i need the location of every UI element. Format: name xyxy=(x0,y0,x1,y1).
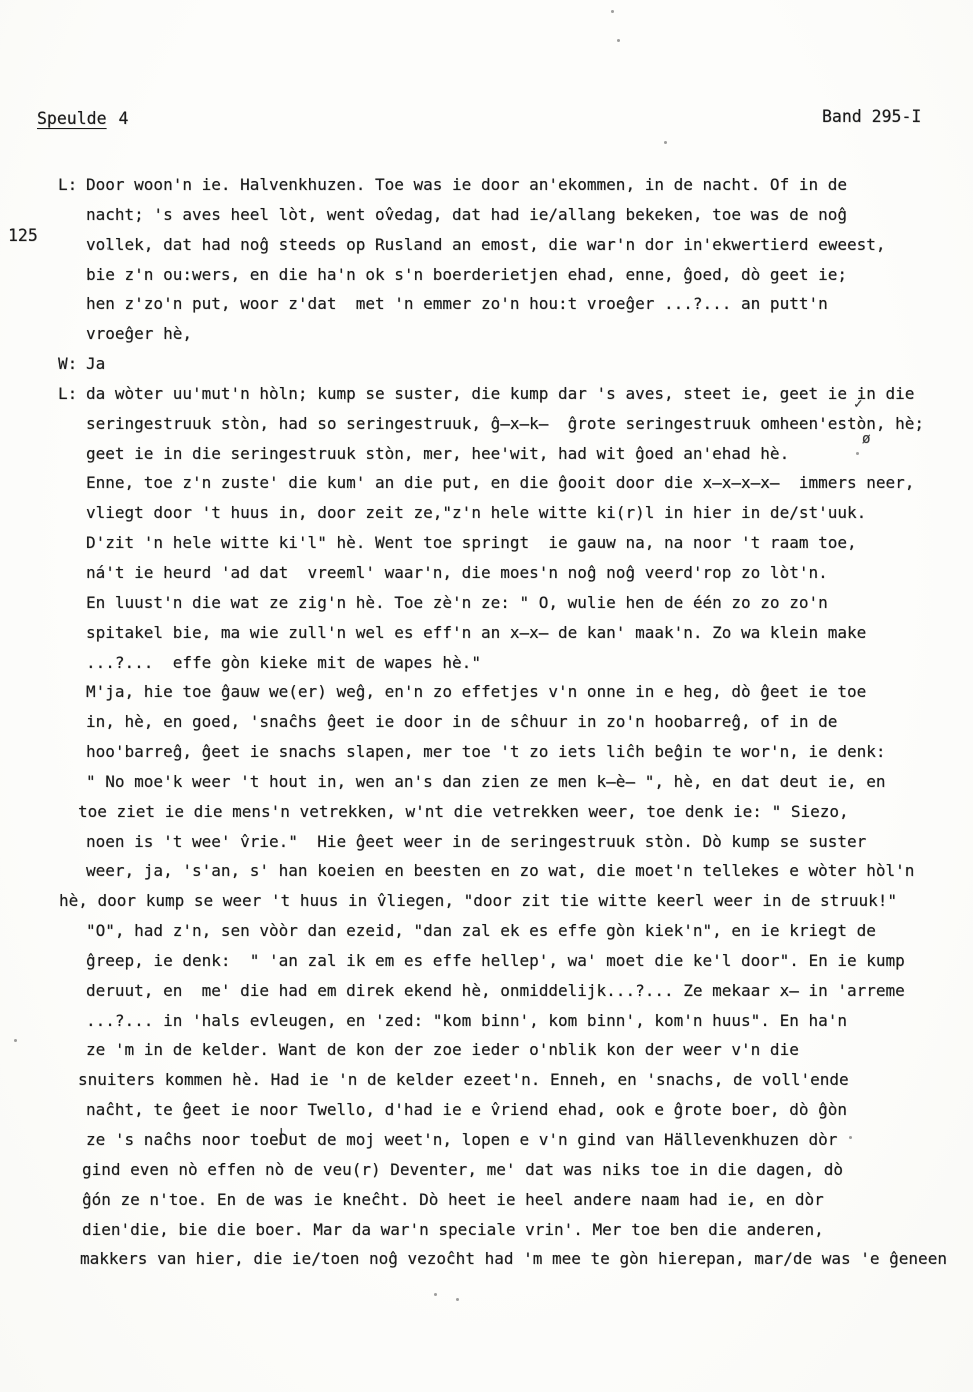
transcript-line: ...?... in 'hals evleugen, en 'zed: "kom… xyxy=(0,1006,973,1036)
line-text: hè, door kump se weer 't huus in v̂liege… xyxy=(59,886,897,916)
transcript-line: " No moe'k weer 't hout in, wen an's dan… xyxy=(0,767,973,797)
transcript-line: hè, door kump se weer 't huus in v̂liege… xyxy=(0,886,973,916)
line-text: ...?... effe gòn kieke mit de wapes hè." xyxy=(86,648,481,678)
line-text: Enne, toe z'n zuste' die kum' an die put… xyxy=(86,468,914,498)
ink-speck xyxy=(617,39,620,42)
transcript-line: naĉht, te ĝeet ie noor Twello, d'had ie … xyxy=(0,1095,973,1125)
line-text: vroeĝer hè, xyxy=(86,319,192,349)
ink-speck xyxy=(14,1039,17,1042)
transcript-line: deruut, en me' die had em direk ekend hè… xyxy=(0,976,973,1006)
line-text: ĝreep, ie denk: " 'an zal ik em es effe … xyxy=(86,946,905,976)
line-text: Ja xyxy=(86,349,105,379)
pen-annotation: | xyxy=(277,1128,285,1142)
transcript-line: vollek, dat had noĝ steeds op Rusland an… xyxy=(0,230,973,260)
line-text: M'ja, hie toe ĝauw we(er) weĝ, en'n zo e… xyxy=(86,677,866,707)
ink-speck xyxy=(456,1298,459,1301)
transcript-line: bie z'n ou:wers, en die ha'n ok s'n boer… xyxy=(0,260,973,290)
line-text: Door woon'n ie. Halvenkhuzen. Toe was ie… xyxy=(86,170,847,200)
transcript-line: toe ziet ie die mens'n vetrekken, w'nt d… xyxy=(0,797,973,827)
ink-speck xyxy=(849,1136,852,1139)
transcript-line: dien'die, bie die boer. Mar da war'n spe… xyxy=(0,1215,973,1245)
line-text: noen is 't wee' v̂rie." Hie ĝeet weer in… xyxy=(86,827,866,857)
transcript-line: M'ja, hie toe ĝauw we(er) weĝ, en'n zo e… xyxy=(0,677,973,707)
line-text: "O", had z'n, sen vòòr dan ezeid, "dan z… xyxy=(86,916,876,946)
transcript-line: ze 's naĉhs noor toeDut de moj weet'n, l… xyxy=(0,1125,973,1155)
document-title: Speulde xyxy=(37,109,107,128)
transcript-line: weer, ja, 's'an, s' han koeien en beeste… xyxy=(0,856,973,886)
line-text: deruut, en me' die had em direk ekend hè… xyxy=(86,976,905,1006)
line-text: nacht; 's aves heel lòt, went ov̂edag, d… xyxy=(86,200,847,230)
transcript-line: ...?... effe gòn kieke mit de wapes hè." xyxy=(0,648,973,678)
line-text: naĉht, te ĝeet ie noor Twello, d'had ie … xyxy=(86,1095,847,1125)
transcript-line: En luust'n die wat ze zig'n hè. Toe zè'n… xyxy=(0,588,973,618)
line-text: vollek, dat had noĝ steeds op Rusland an… xyxy=(86,230,886,260)
ink-speck xyxy=(107,247,110,250)
transcript-line: gind even nò effen nò de veu(r) Deventer… xyxy=(0,1155,973,1185)
ink-speck xyxy=(611,10,614,13)
transcript-line: vroeĝer hè, xyxy=(0,319,973,349)
line-text: ná't ie heurd 'ad dat vreeml' waar'n, di… xyxy=(86,558,828,588)
speaker-label: W: xyxy=(58,349,77,379)
transcript-line: spitakel bie, ma wie zull'n wel es eff'n… xyxy=(0,618,973,648)
pen-annotation: ø xyxy=(862,432,870,446)
transcript-line: ze 'm in de kelder. Want de kon der zoe … xyxy=(0,1035,973,1065)
document-page: Speulde4 Band 295-I 125 L:Door woon'n ie… xyxy=(0,0,973,1392)
transcript: L:Door woon'n ie. Halvenkhuzen. Toe was … xyxy=(0,170,973,1274)
line-text: dien'die, bie die boer. Mar da war'n spe… xyxy=(82,1215,824,1245)
transcript-line: seringestruuk stòn, had so seringestruuk… xyxy=(0,409,973,439)
line-text: seringestruuk stòn, had so seringestruuk… xyxy=(86,409,924,439)
line-text: da wòter uu'mut'n hòln; kump se suster, … xyxy=(86,379,914,409)
line-text: En luust'n die wat ze zig'n hè. Toe zè'n… xyxy=(86,588,828,618)
transcript-line: vliegt door 't huus in, door zeit ze,"z'… xyxy=(0,498,973,528)
line-text: hen z'zo'n put, woor z'dat met 'n emmer … xyxy=(86,289,828,319)
line-text: hoo'barreĝ, ĝeet ie snachs slapen, mer t… xyxy=(86,737,886,767)
line-text: spitakel bie, ma wie zull'n wel es eff'n… xyxy=(86,618,866,648)
pen-annotation: ✓ xyxy=(854,397,862,411)
band-label: Band 295-I xyxy=(822,105,921,129)
transcript-line: ĝreep, ie denk: " 'an zal ik em es effe … xyxy=(0,946,973,976)
page-header-left: Speulde4 xyxy=(37,107,128,131)
transcript-line: noen is 't wee' v̂rie." Hie ĝeet weer in… xyxy=(0,827,973,857)
transcript-line: makkers van hier, die ie/toen noĝ vezoĉh… xyxy=(0,1244,973,1274)
transcript-line: L:da wòter uu'mut'n hòln; kump se suster… xyxy=(0,379,973,409)
line-text: ĝón ze n'toe. En de was ie kneĉht. Dò he… xyxy=(82,1185,824,1215)
line-text: " No moe'k weer 't hout in, wen an's dan… xyxy=(86,767,886,797)
line-text: ze 'm in de kelder. Want de kon der zoe … xyxy=(86,1035,799,1065)
line-text: ze 's naĉhs noor toeDut de moj weet'n, l… xyxy=(86,1125,837,1155)
speaker-label: L: xyxy=(58,170,77,200)
line-text: vliegt door 't huus in, door zeit ze,"z'… xyxy=(86,498,866,528)
line-text: toe ziet ie die mens'n vetrekken, w'nt d… xyxy=(78,797,849,827)
transcript-line: D'zit 'n hele witte ki'l" hè. Went toe s… xyxy=(0,528,973,558)
line-text: D'zit 'n hele witte ki'l" hè. Went toe s… xyxy=(86,528,857,558)
transcript-line: geet ie in die seringestruuk stòn, mer, … xyxy=(0,439,973,469)
line-text: snuiters kommen hè. Had ie 'n de kelder … xyxy=(78,1065,849,1095)
transcript-line: "O", had z'n, sen vòòr dan ezeid, "dan z… xyxy=(0,916,973,946)
transcript-line: ĝón ze n'toe. En de was ie kneĉht. Dò he… xyxy=(0,1185,973,1215)
document-number: 4 xyxy=(119,109,129,128)
line-text: gind even nò effen nò de veu(r) Deventer… xyxy=(82,1155,843,1185)
transcript-line: W:Ja xyxy=(0,349,973,379)
ink-speck xyxy=(856,452,859,455)
transcript-line: nacht; 's aves heel lòt, went ov̂edag, d… xyxy=(0,200,973,230)
ink-speck xyxy=(434,1293,437,1296)
line-text: ...?... in 'hals evleugen, en 'zed: "kom… xyxy=(86,1006,847,1036)
line-text: bie z'n ou:wers, en die ha'n ok s'n boer… xyxy=(86,260,847,290)
speaker-label: L: xyxy=(58,379,77,409)
transcript-line: Enne, toe z'n zuste' die kum' an die put… xyxy=(0,468,973,498)
ink-speck xyxy=(664,141,667,144)
transcript-line: snuiters kommen hè. Had ie 'n de kelder … xyxy=(0,1065,973,1095)
transcript-line: L:Door woon'n ie. Halvenkhuzen. Toe was … xyxy=(0,170,973,200)
line-text: geet ie in die seringestruuk stòn, mer, … xyxy=(86,439,789,469)
line-text: makkers van hier, die ie/toen noĝ vezoĉh… xyxy=(80,1244,947,1274)
transcript-line: hoo'barreĝ, ĝeet ie snachs slapen, mer t… xyxy=(0,737,973,767)
transcript-line: ná't ie heurd 'ad dat vreeml' waar'n, di… xyxy=(0,558,973,588)
transcript-line: in, hè, en goed, 'snaĉhs ĝeet ie door in… xyxy=(0,707,973,737)
line-text: weer, ja, 's'an, s' han koeien en beeste… xyxy=(86,856,914,886)
line-text: in, hè, en goed, 'snaĉhs ĝeet ie door in… xyxy=(86,707,837,737)
transcript-line: hen z'zo'n put, woor z'dat met 'n emmer … xyxy=(0,289,973,319)
